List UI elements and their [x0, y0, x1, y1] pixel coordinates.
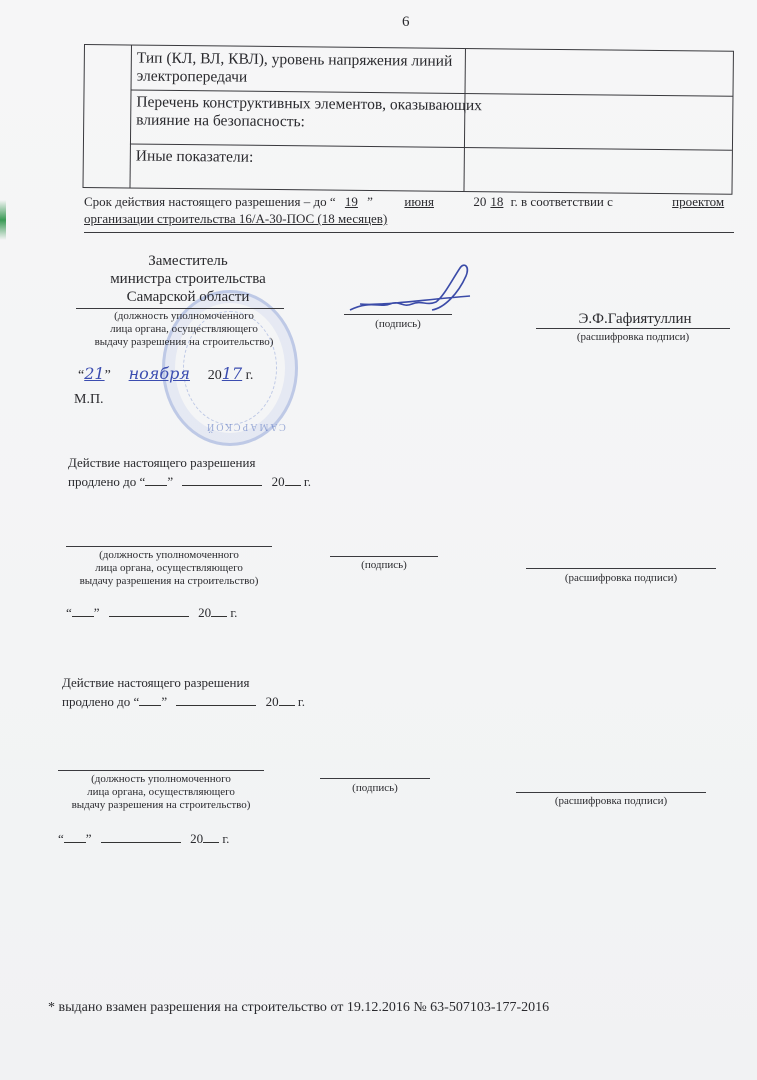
- extension-g: г.: [304, 474, 311, 489]
- signatory-date: “21” ноября 2017 г.: [78, 364, 253, 384]
- extension-1-name-rule: [526, 568, 716, 569]
- extension-title-line: Действие настоящего разрешения: [62, 675, 305, 691]
- table-row: Перечень конструктивных элементов, оказы…: [130, 89, 733, 150]
- position-line: министра строительства: [80, 270, 296, 288]
- date-year-prefix: 20: [208, 368, 222, 383]
- seal-place: М.П.: [74, 392, 104, 408]
- validity-underline: [84, 232, 734, 233]
- document-page: 6 Тип (КЛ, ВЛ, КВЛ), уровень напряжения …: [0, 0, 757, 1080]
- validity-year-prefix: 20: [473, 194, 486, 209]
- date-g: г.: [246, 368, 254, 383]
- extension-2-date-year-blank[interactable]: [203, 830, 219, 843]
- date-month: ноября: [114, 364, 204, 383]
- extension-1-date-g: г.: [230, 605, 237, 620]
- caption-line: выдачу разрешения на строительство): [66, 575, 272, 588]
- extension-2-position-rule: [58, 770, 264, 771]
- caption-line: (должность уполномоченного: [76, 310, 292, 323]
- position-line: Заместитель: [80, 252, 296, 270]
- position-line: Самарской области: [80, 288, 296, 306]
- caption-line: выдачу разрешения на строительство): [76, 336, 292, 349]
- table-row: Иные показатели:: [129, 143, 731, 193]
- footnote: * выдано взамен разрешения на строительс…: [48, 1000, 549, 1016]
- stamp-text: САМАРСКОЙ: [205, 421, 286, 432]
- date-year-suffix: 17: [222, 364, 242, 383]
- table-row-label: Тип (КЛ, ВЛ, КВЛ), уровень напряжения ли…: [137, 50, 507, 90]
- extension-2-title: Действие настоящего разрешения продлено …: [62, 675, 305, 710]
- page-number: 6: [402, 14, 410, 31]
- validity-month: июня: [376, 194, 462, 210]
- extension-2-date-month-blank[interactable]: [101, 830, 181, 843]
- name-rule: [536, 328, 730, 329]
- extension-2-name-rule: [516, 792, 706, 793]
- caption-line: лица органа, осуществляющего: [58, 786, 264, 799]
- caption-line: (должность уполномоченного: [58, 773, 264, 786]
- extension-1-date-year-prefix: 20: [198, 605, 211, 620]
- caption-line: лица органа, осуществляющего: [66, 562, 272, 575]
- validity-prefix: Срок действия настоящего разрешения – до: [84, 194, 327, 209]
- extension-1-signature-rule: [330, 556, 438, 557]
- extension-2-signature-rule: [320, 778, 430, 779]
- extension-2-date: “” 20 г.: [58, 830, 229, 847]
- handwritten-signature: [340, 260, 480, 320]
- extension-2-signature-caption: (подпись): [320, 782, 430, 795]
- table-row-label: Перечень конструктивных элементов, оказы…: [136, 94, 506, 134]
- validity-day: 19: [339, 194, 364, 209]
- validity-line-2: организации строительства 16/А-30-ПОС (1…: [84, 211, 387, 227]
- signature-rule: [344, 314, 452, 315]
- extension-year-prefix: 20: [272, 474, 285, 489]
- extension-2-position-caption: (должность уполномоченного лица органа, …: [58, 773, 264, 812]
- extension-1-signature-caption: (подпись): [330, 559, 438, 572]
- extension-1-date-year-blank[interactable]: [211, 604, 227, 617]
- extension-month-blank[interactable]: [176, 693, 256, 706]
- table-row: Тип (КЛ, ВЛ, КВЛ), уровень напряжения ли…: [131, 45, 733, 96]
- extension-until-label: продлено до: [62, 694, 130, 709]
- caption-line: выдачу разрешения на строительство): [58, 799, 264, 812]
- extension-1-position-rule: [66, 546, 272, 547]
- position-rule: [76, 308, 284, 309]
- extension-2-date-g: г.: [222, 831, 229, 846]
- extension-1-date-month-blank[interactable]: [109, 604, 189, 617]
- extension-day-blank[interactable]: [145, 473, 167, 486]
- caption-line: (должность уполномоченного: [66, 549, 272, 562]
- extension-until-label: продлено до: [68, 474, 136, 489]
- extension-day-blank[interactable]: [139, 693, 161, 706]
- extension-2-date-day-blank[interactable]: [64, 830, 86, 843]
- caption-line: лица органа, осуществляющего: [76, 323, 292, 336]
- extension-g: г.: [298, 694, 305, 709]
- parameters-table: Тип (КЛ, ВЛ, КВЛ), уровень напряжения ли…: [82, 44, 733, 195]
- extension-year-blank[interactable]: [285, 473, 301, 486]
- extension-2-name-caption: (расшифровка подписи): [516, 795, 706, 808]
- extension-1-name-caption: (расшифровка подписи): [526, 572, 716, 585]
- extension-2-date-year-prefix: 20: [190, 831, 203, 846]
- table-row-label: Иные показатели:: [136, 148, 506, 170]
- signatory-name: Э.Ф.Гафиятуллин: [540, 310, 730, 328]
- extension-1-date-day-blank[interactable]: [72, 604, 94, 617]
- position-caption: (должность уполномоченного лица органа, …: [76, 310, 292, 349]
- validity-mid: г. в соответствии с: [511, 194, 613, 209]
- signatory-position: Заместитель министра строительства Самар…: [80, 252, 296, 306]
- extension-month-blank[interactable]: [182, 473, 262, 486]
- extension-year-blank[interactable]: [279, 693, 295, 706]
- extension-title-line: Действие настоящего разрешения: [68, 455, 311, 471]
- validity-year-suffix: 18: [486, 194, 507, 209]
- date-day: 21: [84, 364, 104, 383]
- table-index-column: [84, 45, 132, 187]
- name-caption: (расшифровка подписи): [536, 331, 730, 344]
- extension-1-position-caption: (должность уполномоченного лица органа, …: [66, 549, 272, 588]
- validity-line-1: Срок действия настоящего разрешения – до…: [84, 194, 724, 210]
- extension-1-date: “” 20 г.: [66, 604, 237, 621]
- signature-caption: (подпись): [344, 318, 452, 331]
- extension-1-title: Действие настоящего разрешения продлено …: [68, 455, 311, 490]
- extension-year-prefix: 20: [266, 694, 279, 709]
- validity-basis: проектом: [616, 194, 724, 210]
- page-edge-mark: [0, 200, 6, 240]
